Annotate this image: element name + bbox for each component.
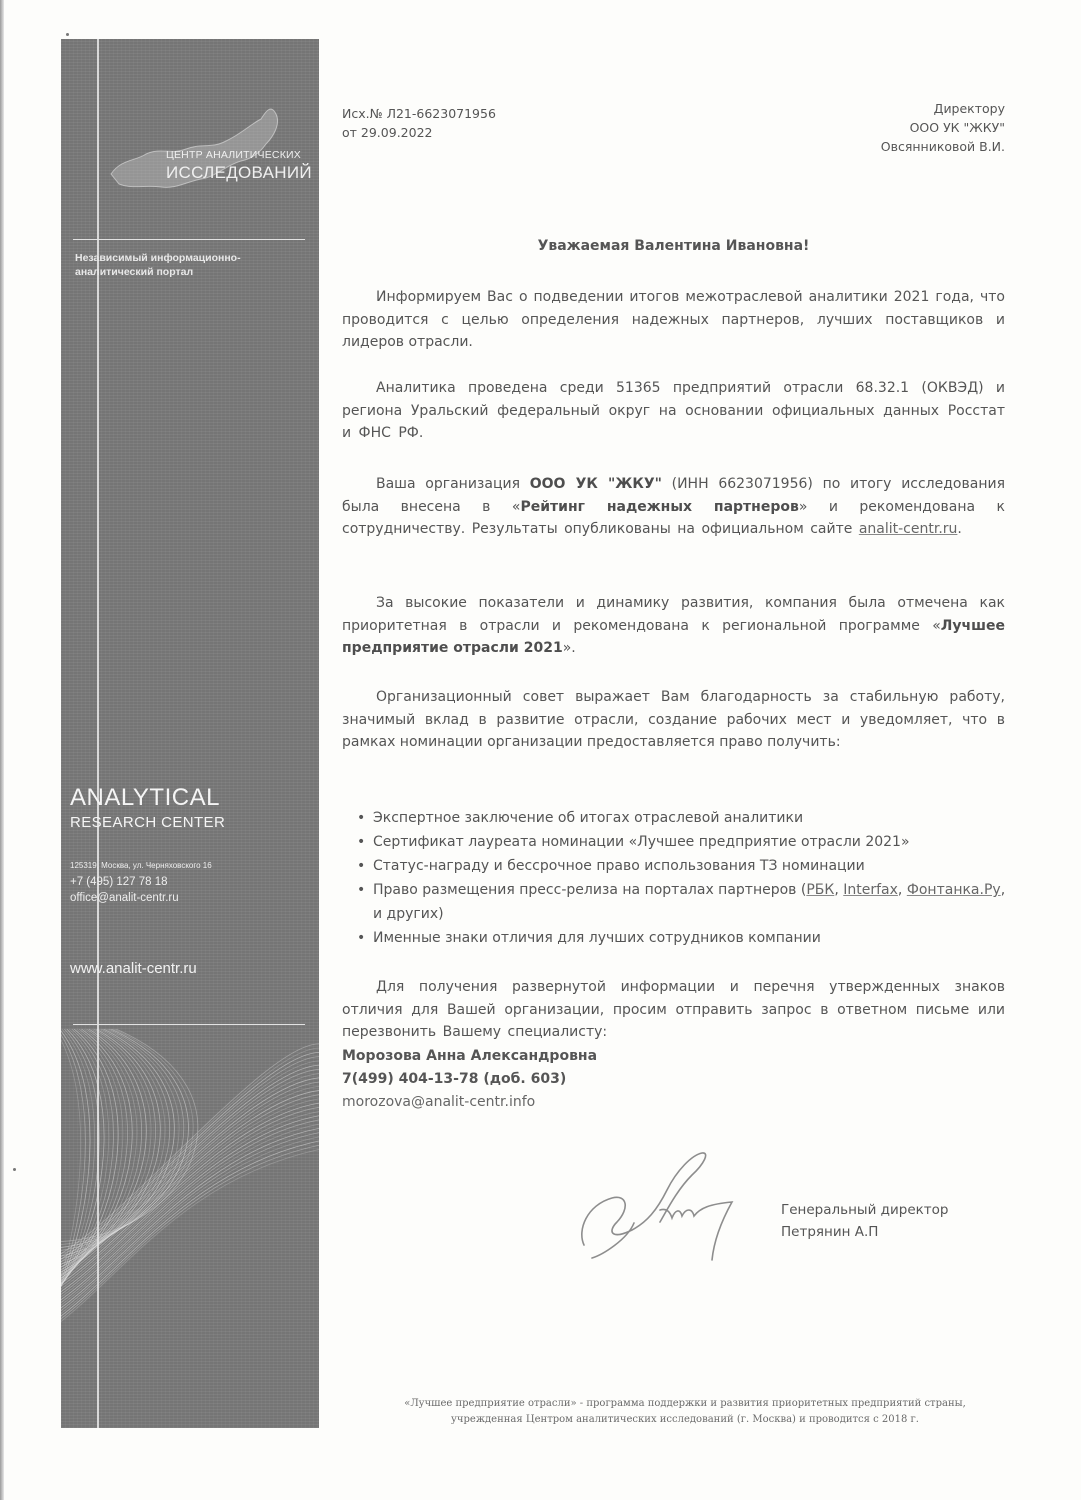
logo-line-2: ИССЛЕДОВАНИЙ	[166, 163, 312, 183]
sidebar-contacts: 125319, Москва, ул. Черняховского 16 +7 …	[70, 861, 212, 904]
footer-note: «Лучшее предприятие отрасли» - программа…	[340, 1396, 1030, 1428]
contact-phone: 7(499) 404-13-78 (доб. 603)	[342, 1068, 597, 1091]
site-link[interactable]: analit-centr.ru	[859, 521, 958, 537]
paragraph-3: Ваша организация ООО УК "ЖКУ" (ИНН 66230…	[342, 473, 1005, 541]
paragraph-6-text: Для получения развернутой информации и п…	[342, 976, 1005, 1044]
tagline: Независимый информационно- аналитический…	[75, 251, 241, 279]
fontanka-link[interactable]: Фонтанка.Ру	[907, 882, 1001, 898]
sidebar-email: office@analit-centr.ru	[70, 892, 212, 904]
addressee-name: Овсянниковой В.И.	[881, 137, 1005, 156]
benefits-list: Экспертное заключение об итогах отраслев…	[356, 806, 1006, 950]
rating-name: Рейтинг надежных партнеров	[520, 499, 798, 515]
brand-line-1: ANALYTICAL	[70, 784, 225, 812]
letterhead-sidebar: ЦЕНТР АНАЛИТИЧЕСКИХ ИССЛЕДОВАНИЙ Независ…	[61, 39, 319, 1428]
paragraph-4-text: За высокие показатели и динамику развити…	[342, 592, 1005, 660]
specialist-contact: Морозова Анна Александровна 7(499) 404-1…	[342, 1045, 597, 1114]
tagline-line-2: аналитический портал	[75, 265, 241, 279]
paragraph-1-text: Информируем Вас о подведении итогов межо…	[342, 286, 1005, 354]
list-item: Сертификат лауреата номинации «Лучшее пр…	[356, 830, 1006, 854]
text: Право размещения пресс-релиза на портала…	[373, 882, 806, 898]
addressee-company: ООО УК "ЖКУ"	[881, 118, 1005, 137]
paragraph-3-text: Ваша организация ООО УК "ЖКУ" (ИНН 66230…	[342, 473, 1005, 541]
addressee-title: Директору	[881, 99, 1005, 118]
scan-speck	[13, 1168, 16, 1171]
brand-name: ANALYTICAL RESEARCH CENTER	[70, 784, 225, 831]
list-item: Статус-награду и бессрочное право исполь…	[356, 854, 1006, 878]
rbc-link[interactable]: РБК	[806, 882, 834, 898]
paragraph-5: Организационный совет выражает Вам благо…	[342, 686, 1005, 754]
text: ,	[834, 882, 843, 898]
sidebar-website: www.analit-centr.ru	[70, 960, 197, 977]
text: ».	[563, 640, 576, 656]
tagline-line-1: Независимый информационно-	[75, 251, 241, 265]
scan-edge	[0, 0, 4, 1500]
list-item: Именные знаки отличия для лучших сотрудн…	[356, 926, 1006, 950]
sidebar-address: 125319, Москва, ул. Черняховского 16	[70, 861, 212, 870]
text: .	[957, 521, 961, 537]
paragraph-4: За высокие показатели и динамику развити…	[342, 592, 1005, 660]
wave-lines-decoration	[61, 1029, 319, 1349]
paragraph-5-text: Организационный совет выражает Вам благо…	[342, 686, 1005, 754]
divider	[73, 1024, 305, 1025]
paragraph-6: Для получения развернутой информации и п…	[342, 976, 1005, 1044]
reference-date: от 29.09.2022	[342, 123, 496, 142]
divider	[73, 239, 305, 240]
contact-email[interactable]: morozova@analit-centr.info	[342, 1091, 597, 1114]
signer-block: Генеральный директор Петрянин А.П	[781, 1199, 948, 1243]
list-item: Экспертное заключение об итогах отраслев…	[356, 806, 1006, 830]
brand-line-2: RESEARCH CENTER	[70, 814, 225, 831]
logo-line-1: ЦЕНТР АНАЛИТИЧЕСКИХ	[166, 149, 312, 161]
outgoing-reference: Исх.№ Л21-6623071956 от 29.09.2022	[342, 104, 496, 142]
paragraph-2-text: Аналитика проведена среди 51365 предприя…	[342, 377, 1005, 445]
text: Ваша организация	[376, 476, 530, 492]
signature-icon	[572, 1150, 752, 1280]
signer-name: Петрянин А.П	[781, 1221, 948, 1243]
reference-number: Исх.№ Л21-6623071956	[342, 104, 496, 123]
organization-name: ООО УК "ЖКУ"	[530, 476, 662, 492]
addressee-block: Директору ООО УК "ЖКУ" Овсянниковой В.И.	[881, 99, 1005, 156]
contact-name: Морозова Анна Александровна	[342, 1045, 597, 1068]
paragraph-2: Аналитика проведена среди 51365 предприя…	[342, 377, 1005, 445]
text: За высокие показатели и динамику развити…	[342, 595, 1005, 634]
text: ,	[898, 882, 907, 898]
logo-text: ЦЕНТР АНАЛИТИЧЕСКИХ ИССЛЕДОВАНИЙ	[166, 149, 312, 183]
list-item: Право размещения пресс-релиза на портала…	[356, 878, 1006, 926]
greeting: Уважаемая Валентина Ивановна!	[342, 238, 1005, 254]
sidebar-phone: +7 (495) 127 78 18	[70, 876, 212, 888]
footer-line-1: «Лучшее предприятие отрасли» - программа…	[340, 1396, 1030, 1412]
scan-speck	[66, 33, 69, 36]
interfax-link[interactable]: Interfax	[843, 882, 898, 898]
signer-title: Генеральный директор	[781, 1199, 948, 1221]
paragraph-1: Информируем Вас о подведении итогов межо…	[342, 286, 1005, 354]
footer-line-2: учрежденная Центром аналитических исслед…	[340, 1412, 1030, 1428]
